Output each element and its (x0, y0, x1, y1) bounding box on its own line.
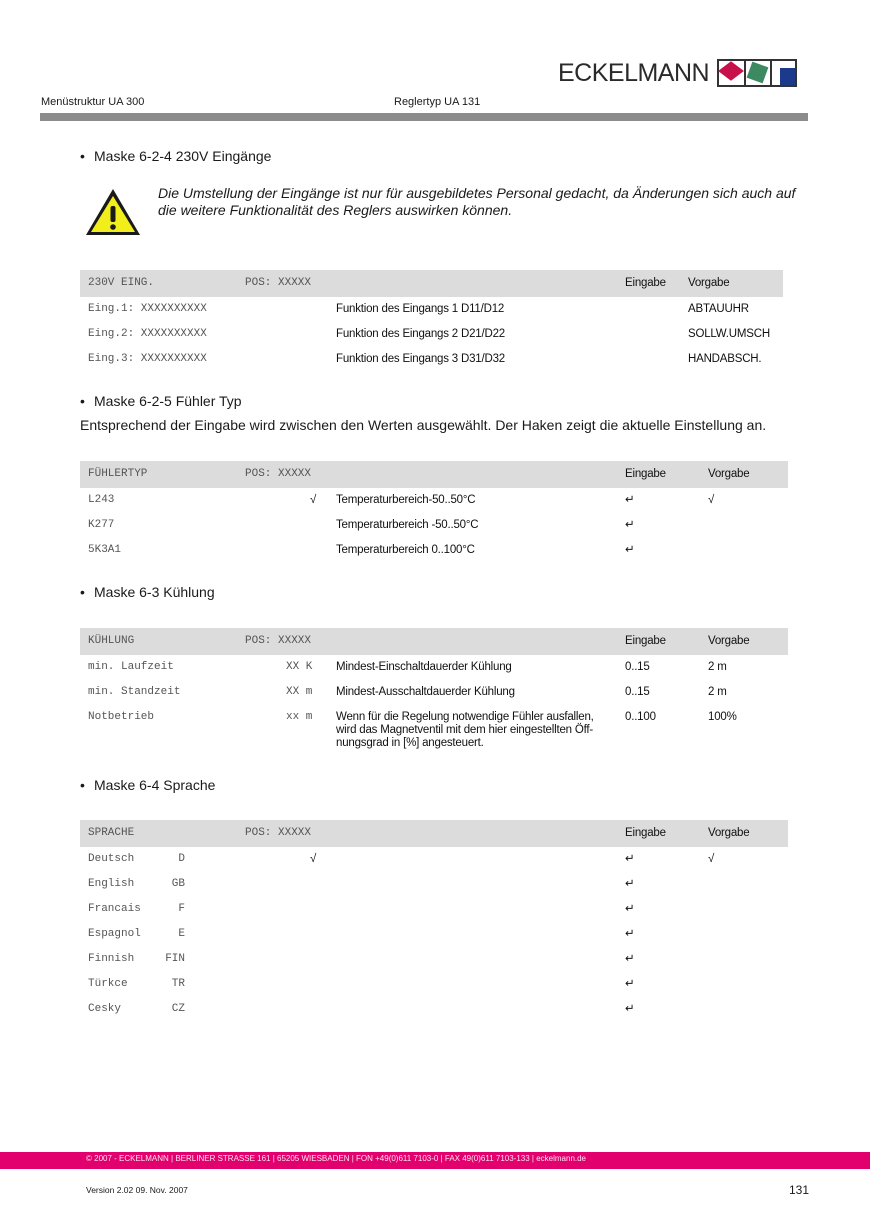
footer-contact: © 2007 - ECKELMANN | BERLINER STRASSE 16… (86, 1154, 586, 1163)
col-name: 230V EING. (88, 270, 154, 297)
language-name: Espagnol (88, 922, 141, 947)
description-line: Wenn für die Regelung notwendige Fühler … (336, 711, 594, 724)
language-code: E (152, 922, 185, 947)
row-default: SOLLW.UMSCH (688, 322, 770, 347)
language-option[interactable]: FinnishFIN↵ (80, 947, 788, 972)
row-name: L243 (88, 488, 114, 513)
col-eingabe: Eingabe (625, 628, 666, 655)
col-pos: POS: XXXXX (245, 820, 311, 847)
col-eingabe: Eingabe (625, 820, 666, 847)
row-description: Funktion des Eingangs 1 D11/D12 (336, 297, 504, 322)
row-default: 2 m (708, 655, 727, 680)
language-code: F (152, 897, 185, 922)
col-pos: POS: XXXXX (245, 628, 311, 655)
logo-wordmark: ECKELMANN (558, 59, 709, 88)
enter-key-icon: ↵ (625, 997, 634, 1022)
logo-blue-square (780, 68, 795, 85)
language-name: Cesky (88, 997, 121, 1022)
row-input-range: 0..15 (625, 680, 650, 705)
col-name: SPRACHE (88, 820, 134, 847)
col-name: KÜHLUNG (88, 628, 134, 655)
language-option[interactable]: DeutschD√↵√ (80, 847, 788, 872)
language-option[interactable]: CeskyCZ↵ (80, 997, 788, 1022)
row-default: 2 m (708, 680, 727, 705)
language-name: English (88, 872, 134, 897)
enter-key-icon: ↵ (625, 488, 634, 513)
table-cooling: KÜHLUNG POS: XXXXX Eingabe Vorgabe min. … (80, 628, 788, 753)
table-sensor-type: FÜHLERTYP POS: XXXXX Eingabe Vorgabe L24… (80, 461, 788, 563)
language-code: TR (152, 972, 185, 997)
col-eingabe: Eingabe (625, 270, 666, 297)
row-name: K277 (88, 513, 114, 538)
row-name: Notbetrieb (88, 705, 154, 730)
logo-red-square (718, 61, 744, 80)
version-info: Version 2.02 09. Nov. 2007 (86, 1185, 188, 1195)
language-option[interactable]: FrancaisF↵ (80, 897, 788, 922)
footer-band: © 2007 - ECKELMANN | BERLINER STRASSE 16… (0, 1152, 870, 1169)
warning-triangle-icon (84, 187, 142, 237)
heading-text: Maske 6-3 Kühlung (94, 584, 215, 600)
language-option[interactable]: EspagnolE↵ (80, 922, 788, 947)
row-value: XX K (286, 655, 312, 680)
logo-green-square (747, 62, 769, 84)
col-name: FÜHLERTYP (88, 461, 147, 488)
table-row: Eing.2: XXXXXXXXXX Funktion des Eingangs… (80, 322, 783, 347)
row-description: Mindest-Einschaltdauerder Kühlung (336, 655, 512, 680)
row-description: Funktion des Eingangs 3 D31/D32 (336, 347, 505, 372)
description-line: wird das Magnetventil mit dem hier einge… (336, 724, 594, 737)
language-name: Deutsch (88, 847, 134, 872)
language-option[interactable]: TürkceTR↵ (80, 972, 788, 997)
col-vorgabe: Vorgabe (688, 270, 729, 297)
section-heading-language: •Maske 6-4 Sprache (80, 777, 215, 793)
logo-mark-icon (717, 59, 797, 87)
table-row[interactable]: min. Standzeit XX m Mindest-Ausschaltdau… (80, 680, 788, 705)
table-header: KÜHLUNG POS: XXXXX Eingabe Vorgabe (80, 628, 788, 655)
row-description: Funktion des Eingangs 2 D21/D22 (336, 322, 505, 347)
enter-key-icon: ↵ (625, 922, 634, 947)
row-name: Eing.1: XXXXXXXXXX (88, 297, 207, 322)
section-description: Entsprechend der Eingabe wird zwischen d… (80, 417, 766, 433)
table-header: FÜHLERTYP POS: XXXXX Eingabe Vorgabe (80, 461, 788, 488)
language-code: D (152, 847, 185, 872)
row-value: XX m (286, 680, 312, 705)
enter-key-icon: ↵ (625, 947, 634, 972)
row-description: Temperaturbereich -50..50°C (336, 513, 478, 538)
language-code: CZ (152, 997, 185, 1022)
row-description: Mindest-Ausschaltdauerder Kühlung (336, 680, 515, 705)
row-description: Wenn für die Regelung notwendige Fühler … (336, 711, 594, 750)
language-name: Francais (88, 897, 141, 922)
language-option[interactable]: EnglishGB↵ (80, 872, 788, 897)
controller-type: Reglertyp UA 131 (394, 96, 480, 108)
enter-key-icon: ↵ (625, 972, 634, 997)
language-code: GB (152, 872, 185, 897)
enter-key-icon: ↵ (625, 847, 634, 872)
page-number: 131 (789, 1183, 809, 1197)
row-value: xx m (286, 705, 312, 730)
section-heading-sensor-type: •Maske 6-2-5 Fühler Typ (80, 393, 242, 409)
heading-text: Maske 6-2-5 Fühler Typ (94, 393, 242, 409)
language-name: Türkce (88, 972, 128, 997)
row-name: Eing.3: XXXXXXXXXX (88, 347, 207, 372)
header-rule (40, 113, 808, 121)
col-vorgabe: Vorgabe (708, 820, 749, 847)
language-name: Finnish (88, 947, 134, 972)
col-pos: POS: XXXXX (245, 461, 311, 488)
col-vorgabe: Vorgabe (708, 628, 749, 655)
row-input-range: 0..15 (625, 655, 650, 680)
heading-text: Maske 6-4 Sprache (94, 777, 215, 793)
row-default: 100% (708, 705, 737, 730)
table-row: Eing.3: XXXXXXXXXX Funktion des Eingangs… (80, 347, 783, 372)
table-row[interactable]: L243 √ Temperaturbereich-50..50°C ↵ √ (80, 488, 788, 513)
row-description: Temperaturbereich 0..100°C (336, 538, 475, 563)
col-eingabe: Eingabe (625, 461, 666, 488)
description-line: nungsgrad in [%] angesteuert. (336, 737, 594, 750)
enter-key-icon: ↵ (625, 513, 634, 538)
table-header: SPRACHE POS: XXXXX Eingabe Vorgabe (80, 820, 788, 847)
warning-note: Die Umstellung der Eingänge ist nur für … (158, 185, 808, 219)
table-row[interactable]: Notbetrieb xx m Wenn für die Regelung no… (80, 705, 788, 753)
section-heading-230v-inputs: •Maske 6-2-4 230V Eingänge (80, 148, 271, 164)
default-check-icon: √ (708, 488, 714, 513)
table-row[interactable]: K277 Temperaturbereich -50..50°C ↵ (80, 513, 788, 538)
row-default: HANDABSCH. (688, 347, 761, 372)
row-description: Temperaturbereich-50..50°C (336, 488, 475, 513)
table-230v-inputs: 230V EING. POS: XXXXX Eingabe Vorgabe Ei… (80, 270, 783, 372)
col-pos: POS: XXXXX (245, 270, 311, 297)
enter-key-icon: ↵ (625, 872, 634, 897)
row-default: ABTAUUHR (688, 297, 749, 322)
section-heading-cooling: •Maske 6-3 Kühlung (80, 584, 215, 600)
language-list: DeutschD√↵√EnglishGB↵FrancaisF↵EspagnolE… (80, 847, 788, 1022)
table-row[interactable]: min. Laufzeit XX K Mindest-Einschaltdaue… (80, 655, 788, 680)
heading-text: Maske 6-2-4 230V Eingänge (94, 148, 271, 164)
row-input-range: 0..100 (625, 705, 656, 730)
table-row: Eing.1: XXXXXXXXXX Funktion des Eingangs… (80, 297, 783, 322)
enter-key-icon: ↵ (625, 897, 634, 922)
row-name: min. Laufzeit (88, 655, 174, 680)
language-code: FIN (152, 947, 185, 972)
table-header: 230V EING. POS: XXXXX Eingabe Vorgabe (80, 270, 783, 297)
table-language: SPRACHE POS: XXXXX Eingabe Vorgabe Deuts… (80, 820, 788, 1022)
enter-key-icon: ↵ (625, 538, 634, 563)
row-name: min. Standzeit (88, 680, 180, 705)
table-row[interactable]: 5K3A1 Temperaturbereich 0..100°C ↵ (80, 538, 788, 563)
selected-check-icon: √ (310, 847, 316, 872)
selected-check-icon: √ (310, 488, 316, 513)
default-check-icon: √ (708, 847, 714, 872)
document-title: Menüstruktur UA 300 (41, 96, 144, 108)
row-name: Eing.2: XXXXXXXXXX (88, 322, 207, 347)
eckelmann-logo: ECKELMANN (558, 58, 797, 88)
row-name: 5K3A1 (88, 538, 121, 563)
col-vorgabe: Vorgabe (708, 461, 749, 488)
table-body: Eing.1: XXXXXXXXXX Funktion des Eingangs… (80, 297, 783, 372)
